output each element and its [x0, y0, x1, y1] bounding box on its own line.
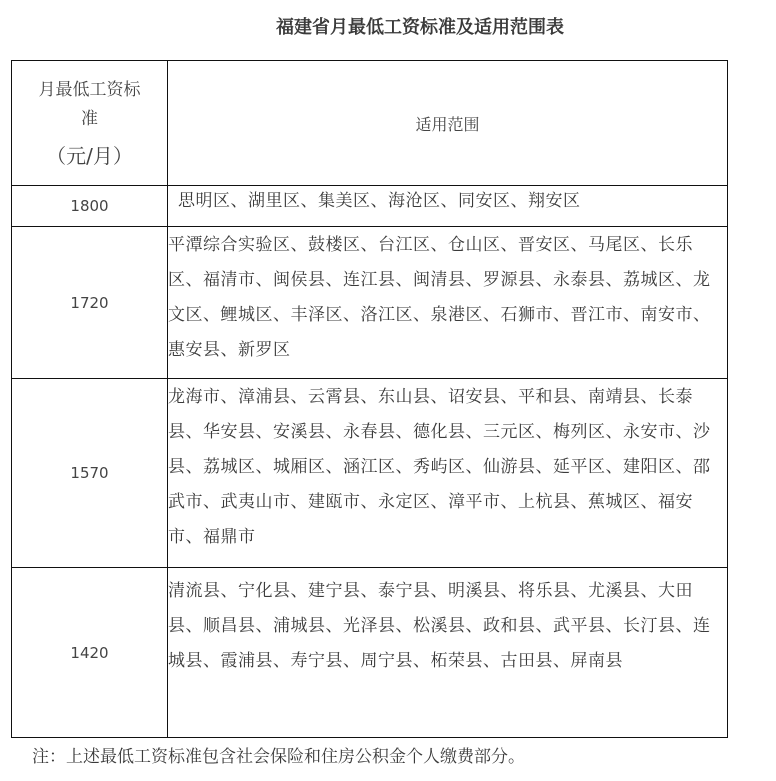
footnote: 注：上述最低工资标准包含社会保险和住房公积金个人缴费部分。 [32, 742, 525, 767]
scope-cell: 平潭综合实验区、鼓楼区、台江区、仓山区、晋安区、马尾区、长乐区、福清市、闽侯县、… [168, 227, 728, 379]
table-header-row: 月最低工资标 准 （元/月） 适用范围 [12, 61, 728, 186]
header-standard-line2: 准 [81, 109, 98, 129]
table-row: 1420 清流县、宁化县、建宁县、泰宁县、明溪县、将乐县、尤溪县、大田县、顺昌县… [12, 568, 728, 738]
wage-standard-cell: 1720 [12, 227, 168, 379]
table-row: 1720 平潭综合实验区、鼓楼区、台江区、仓山区、晋安区、马尾区、长乐区、福清市… [12, 227, 728, 379]
wage-standard-cell: 1420 [12, 568, 168, 738]
scope-cell: 清流县、宁化县、建宁县、泰宁县、明溪县、将乐县、尤溪县、大田县、顺昌县、浦城县、… [168, 568, 728, 738]
wage-standard-cell: 1570 [12, 379, 168, 568]
header-standard-line1: 月最低工资标 [39, 80, 141, 100]
table-row: 1800 思明区、湖里区、集美区、海沧区、同安区、翔安区 [12, 186, 728, 227]
header-standard: 月最低工资标 准 （元/月） [12, 61, 168, 186]
scope-cell: 龙海市、漳浦县、云霄县、东山县、诏安县、平和县、南靖县、长泰县、华安县、安溪县、… [168, 379, 728, 568]
page-title: 福建省月最低工资标准及适用范围表 [0, 13, 776, 39]
header-scope: 适用范围 [168, 61, 728, 186]
table-row: 1570 龙海市、漳浦县、云霄县、东山县、诏安县、平和县、南靖县、长泰县、华安县… [12, 379, 728, 568]
wage-standard-cell: 1800 [12, 186, 168, 227]
minimum-wage-table: 月最低工资标 准 （元/月） 适用范围 1800 思明区、湖里区、集美区、海沧区… [11, 60, 728, 738]
scope-cell: 思明区、湖里区、集美区、海沧区、同安区、翔安区 [168, 186, 728, 227]
header-standard-unit: （元/月） [12, 142, 167, 171]
